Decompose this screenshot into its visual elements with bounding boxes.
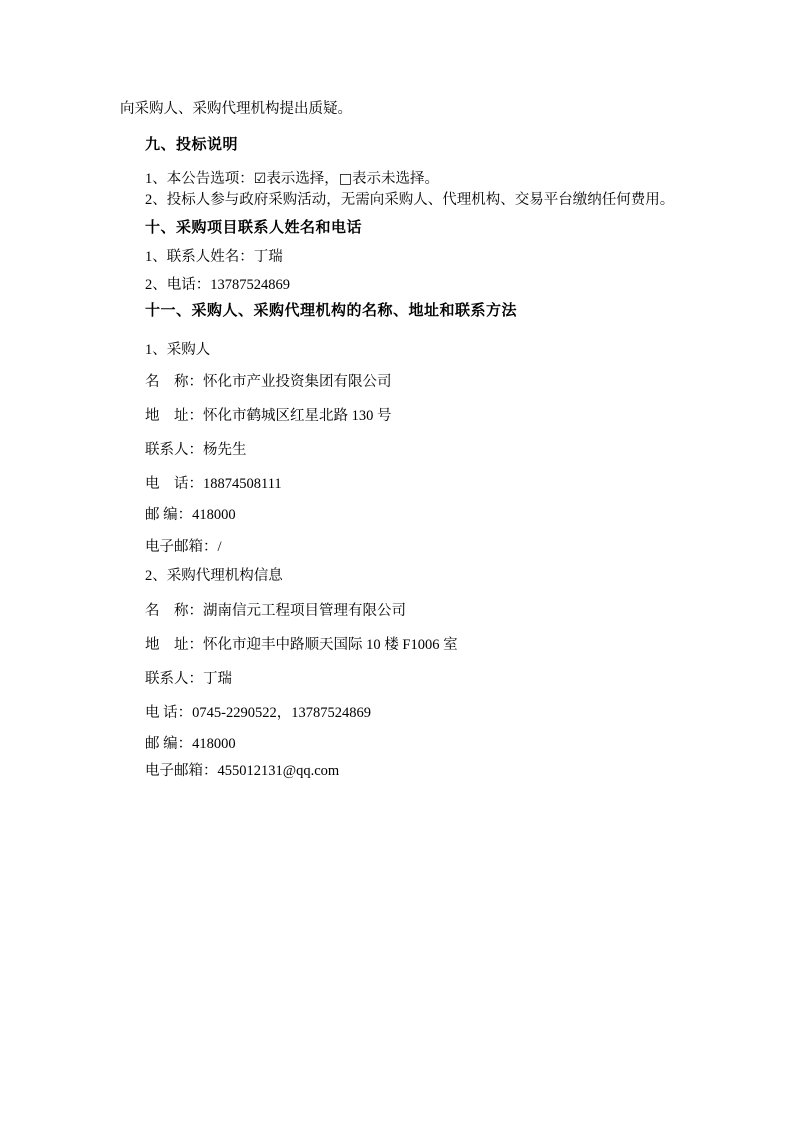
- section-heading-project-contact: 十、采购项目联系人姓名和电话: [145, 218, 680, 238]
- agency-zip-value: 418000: [192, 736, 236, 752]
- purchaser-contact-line: 联系人：杨先生: [145, 440, 680, 460]
- section-heading-parties: 十一、采购人、采购代理机构的名称、地址和联系方法: [145, 301, 680, 321]
- agency-contact-line: 联系人：丁瑞: [145, 669, 680, 689]
- purchaser-address-value: 怀化市鹤城区红星北路 130 号: [203, 408, 392, 424]
- purchaser-address-label: 地 址：: [145, 408, 203, 424]
- continuation-text: 向采购人、采购代理机构提出质疑。: [120, 99, 680, 119]
- purchaser-zip-value: 418000: [192, 507, 236, 523]
- purchaser-phone-value: 18874508111: [203, 476, 282, 492]
- project-contact-phone-line: 2、电话：13787524869: [145, 275, 680, 295]
- purchaser-address-line: 地 址：怀化市鹤城区红星北路 130 号: [145, 406, 680, 426]
- bid-option-line: 1、本公告选项：☑表示选择，□表示未选择。: [145, 169, 680, 189]
- unchecked-checkbox-icon: □: [339, 171, 352, 187]
- section-heading-bid-notes: 九、投标说明: [145, 135, 680, 155]
- checked-checkbox-icon: ☑: [254, 171, 267, 187]
- agency-zip-line: 邮 编：418000: [145, 734, 680, 754]
- agency-name-value: 湖南信元工程项目管理有限公司: [203, 603, 406, 619]
- document-page: 向采购人、采购代理机构提出质疑。 九、投标说明 1、本公告选项：☑表示选择，□表…: [0, 0, 793, 1122]
- purchaser-email-line: 电子邮箱：/: [145, 537, 680, 557]
- purchaser-contact-label: 联系人：: [145, 442, 203, 458]
- agency-phone-value: 0745-2290522，13787524869: [192, 705, 371, 721]
- agency-address-line: 地 址：怀化市迎丰中路顺天国际 10 楼 F1006 室: [145, 635, 680, 655]
- purchaser-email-label: 电子邮箱：: [145, 539, 218, 555]
- agency-email-value: 455012131@qq.com: [218, 763, 340, 779]
- agency-zip-label: 邮 编：: [145, 736, 192, 752]
- agency-address-value: 怀化市迎丰中路顺天国际 10 楼 F1006 室: [203, 637, 458, 653]
- purchaser-name-label: 名 称：: [145, 374, 203, 390]
- agency-email-line: 电子邮箱：455012131@qq.com: [145, 761, 680, 781]
- purchaser-name-line: 名 称：怀化市产业投资集团有限公司: [145, 372, 680, 392]
- bid-option-prefix: 1、本公告选项：: [145, 171, 254, 187]
- purchaser-email-value: /: [218, 539, 222, 555]
- purchaser-name-value: 怀化市产业投资集团有限公司: [203, 374, 392, 390]
- agency-address-label: 地 址：: [145, 637, 203, 653]
- bid-fee-line: 2、投标人参与政府采购活动，无需向采购人、代理机构、交易平台缴纳任何费用。: [145, 190, 680, 210]
- agency-contact-label: 联系人：: [145, 671, 203, 687]
- purchaser-phone-label: 电 话：: [145, 476, 203, 492]
- purchaser-phone-line: 电 话：18874508111: [145, 474, 680, 494]
- purchaser-contact-value: 杨先生: [203, 442, 247, 458]
- purchaser-title: 1、采购人: [145, 340, 680, 360]
- agency-name-label: 名 称：: [145, 603, 203, 619]
- project-contact-name-line: 1、联系人姓名：丁瑞: [145, 247, 680, 267]
- purchaser-zip-label: 邮 编：: [145, 507, 192, 523]
- agency-phone-line: 电 话：0745-2290522，13787524869: [145, 703, 680, 723]
- unchecked-option-text: 表示未选择。: [352, 171, 439, 187]
- purchaser-zip-line: 邮 编：418000: [145, 505, 680, 525]
- agency-contact-value: 丁瑞: [203, 671, 232, 687]
- agency-name-line: 名 称：湖南信元工程项目管理有限公司: [145, 601, 680, 621]
- agency-phone-label: 电 话：: [145, 705, 192, 721]
- agency-email-label: 电子邮箱：: [145, 763, 218, 779]
- document-content: 向采购人、采购代理机构提出质疑。 九、投标说明 1、本公告选项：☑表示选择，□表…: [120, 99, 680, 781]
- agency-title: 2、采购代理机构信息: [145, 566, 680, 586]
- checked-option-text: 表示选择，: [266, 171, 339, 187]
